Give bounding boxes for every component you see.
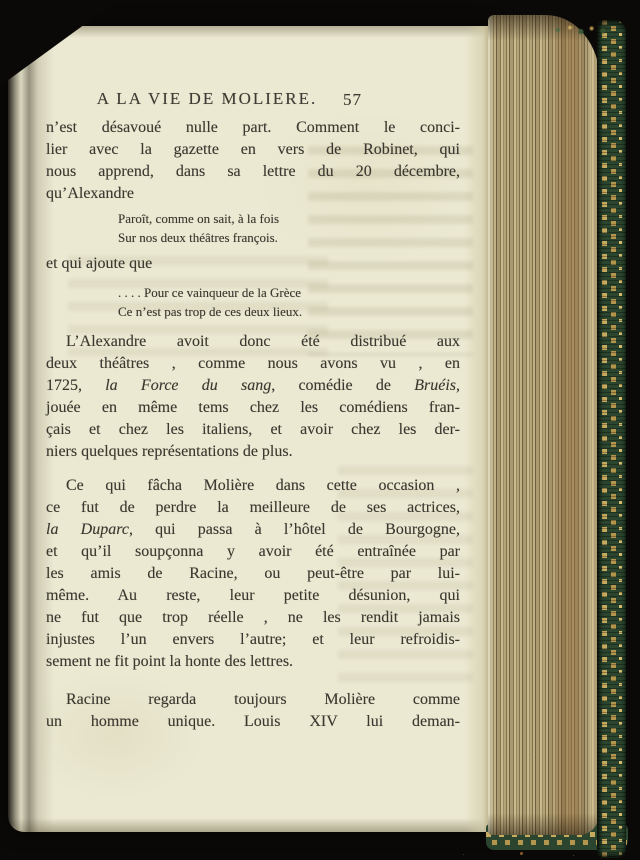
verse-quote-2: . . . . Pour ce vainqueur de la GrèceCe … bbox=[118, 283, 460, 321]
text-line: sement ne fit point la honte des lettres… bbox=[46, 651, 460, 673]
text-line: un homme unique. Louis XIV lui deman- bbox=[46, 711, 460, 733]
text-line: ce fut de perdre la meilleure de ses act… bbox=[46, 497, 460, 519]
text-line: nous apprend, dans sa lettre du 20 décem… bbox=[46, 161, 460, 183]
cover-fore-edge-ornament bbox=[597, 20, 626, 858]
text-line: la Duparc, qui passa à l’hôtel de Bourgo… bbox=[46, 519, 460, 541]
paragraph-4: Racine regarda toujours Molière commeun … bbox=[46, 689, 460, 733]
text-line: n’est désavoué nulle part. Comment le co… bbox=[46, 117, 460, 139]
text-line: deux théâtres , comme nous avons vu , en bbox=[46, 353, 460, 375]
paragraph-3: Ce qui fâcha Molière dans cette occasion… bbox=[46, 475, 460, 673]
running-header: A LA VIE DE MOLIERE. 57 bbox=[46, 88, 460, 109]
text-line: injustes l’un envers l’autre; et leur re… bbox=[46, 629, 460, 651]
text-line: jouée en même tems chez les comédiens fr… bbox=[46, 397, 460, 419]
paragraph-1: n’est désavoué nulle part. Comment le co… bbox=[46, 117, 460, 205]
paragraph-2: L’Alexandre avoit donc été distribué aux… bbox=[46, 331, 460, 463]
text-line: Paroît, comme on sait, à la fois bbox=[118, 209, 460, 228]
text-line: qu’Alexandre bbox=[46, 183, 460, 205]
photo-background: A LA VIE DE MOLIERE. 57 n’est désavoué n… bbox=[0, 0, 640, 860]
text-line: Ce qui fâcha Molière dans cette occasion… bbox=[46, 475, 460, 497]
cover-cloth-fray bbox=[552, 22, 612, 38]
running-title: A LA VIE DE MOLIERE. bbox=[46, 88, 368, 110]
text-line: Ce n’est pas trop de ces deux lieux. bbox=[118, 302, 460, 321]
dust-specks bbox=[520, 852, 523, 855]
text-line: ne fut que trop réelle , ne les rendit j… bbox=[46, 607, 460, 629]
text-line: L’Alexandre avoit donc été distribué aux bbox=[46, 331, 460, 353]
text-line: même. Au reste, leur petite désunion, qu… bbox=[46, 585, 460, 607]
text-line: niers quelques représentations de plus. bbox=[46, 441, 460, 463]
text-line: Racine regarda toujours Molière comme bbox=[46, 689, 460, 711]
text-line: . . . . Pour ce vainqueur de la Grèce bbox=[118, 283, 460, 302]
text-line: et qu’il soupçonna y avoir été entraînée… bbox=[46, 541, 460, 563]
book-fore-edge-pages bbox=[488, 15, 600, 835]
text-line: 1725, la Force du sang, comédie de Bruéi… bbox=[46, 375, 460, 397]
page-text-column: A LA VIE DE MOLIERE. 57 n’est désavoué n… bbox=[46, 80, 460, 733]
text-line: les amis de Racine, ou peut-être par lui… bbox=[46, 563, 460, 585]
text-line: çais et chez les italiens, et avoir chez… bbox=[46, 419, 460, 441]
verse-quote-1: Paroît, comme on sait, à la foisSur nos … bbox=[118, 209, 460, 247]
text-line: lier avec la gazette en vers de Robinet,… bbox=[46, 139, 460, 161]
interline-text: et qui ajoute que bbox=[46, 253, 460, 275]
text-line: Sur nos deux théâtres françois. bbox=[118, 228, 460, 247]
page-number: 57 bbox=[343, 89, 362, 111]
